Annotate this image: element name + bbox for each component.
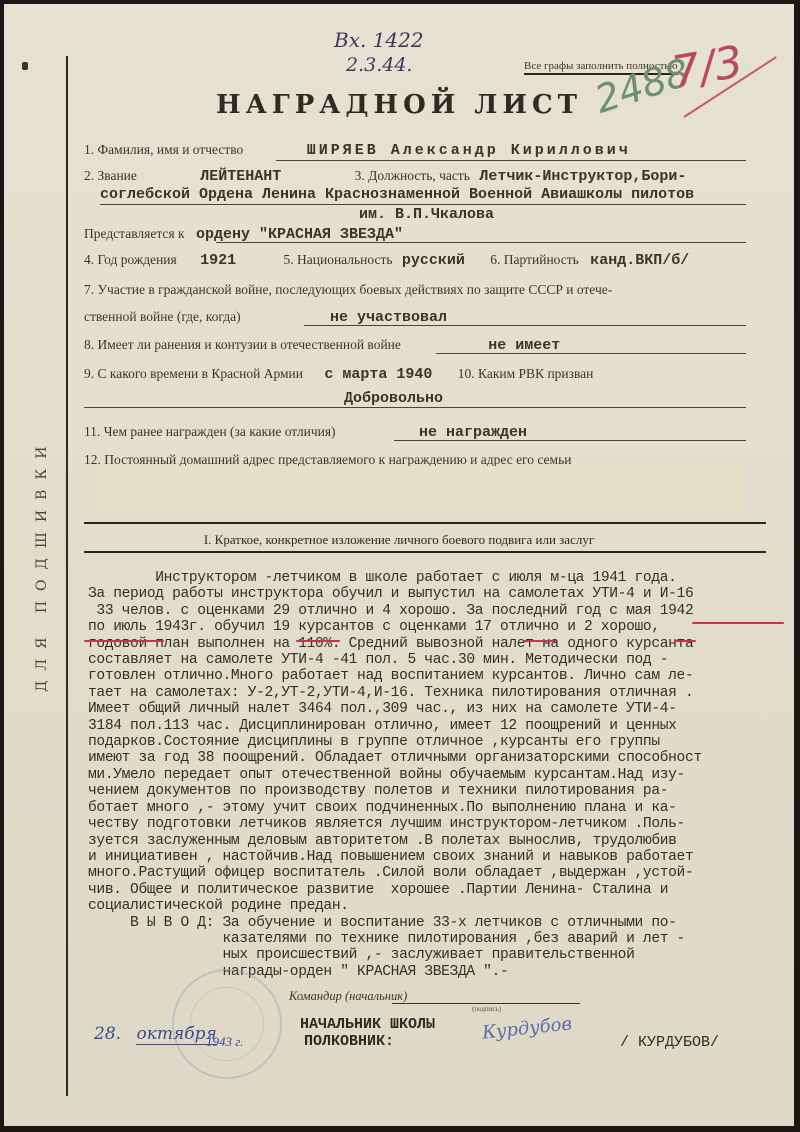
merit-line: зуется заслуженным деловым авторитетом .…: [88, 833, 788, 849]
field-6-value: канд.ВКП/б/: [590, 252, 689, 269]
merit-line: составляет на самолете УТИ-4 -41 пол. 5 …: [88, 652, 788, 668]
date-month: октября: [136, 1024, 216, 1045]
field-8: 8. Имеет ли ранения и контузии в отечест…: [84, 337, 560, 354]
field-5-label: 5. Национальность: [284, 252, 393, 267]
field-4-5-6: 4. Год рождения 1921 5. Национальность р…: [84, 252, 689, 269]
merit-line: имеют за год 38 поощрений. Обладает отли…: [88, 750, 788, 766]
field-7-value: не участвовал: [330, 309, 447, 326]
handwritten-signature: Курдубов: [481, 1013, 573, 1043]
field-9-10: 9. С какого времени в Красной Армии с ма…: [84, 366, 593, 383]
merit-line: ных происшествий ,- заслуживает правител…: [88, 947, 788, 963]
redacted-address: [94, 466, 744, 514]
field-7: ственной войне (где, когда) не участвова…: [84, 309, 447, 326]
underline: [100, 204, 746, 205]
field-3-value-line2: соглебской Ордена Ленина Краснознаменной…: [100, 186, 694, 203]
chief-title: НАЧАЛЬНИК ШКОЛЫ ПОЛКОВНИК:: [300, 1016, 435, 1050]
field-10-value: Добровольно: [344, 390, 443, 407]
field-3-value-line3: им. В.П.Чкалова: [359, 206, 494, 223]
underline: [394, 440, 746, 441]
merit-line: готовлен отлично.Много работает над восп…: [88, 668, 788, 684]
field-2-label: 2. Звание: [84, 168, 137, 183]
field-6-label: 6. Партийность: [490, 252, 579, 267]
merit-line: За период работы инструктора обучил и вы…: [88, 586, 788, 602]
red-underline: [674, 640, 696, 642]
binding-margin-label: ДЛЯ ПОДШИВКИ: [34, 424, 74, 704]
signature-line: [392, 1003, 580, 1004]
field-4-label: 4. Год рождения: [84, 252, 177, 267]
section-rule-top: [84, 522, 766, 524]
red-underline: [84, 640, 164, 642]
field-11-value: не награжден: [419, 424, 527, 441]
field-1: 1. Фамилия, имя и отчество ШИРЯЕВ Алекса…: [84, 142, 631, 159]
field-5-value: русский: [402, 252, 465, 269]
merit-line: В Ы В О Д: За обучение и воспитание 33-х…: [88, 915, 788, 931]
underline: [276, 160, 746, 161]
chief-line1: НАЧАЛЬНИК ШКОЛЫ: [300, 1016, 435, 1033]
date-handwritten: 28. октября: [94, 1024, 217, 1044]
commander-label: Командир (начальник): [289, 989, 407, 1004]
inbox-number: Вх. 1422: [334, 28, 424, 52]
field-9-label: 9. С какого времени в Красной Армии: [84, 366, 303, 381]
page-title: НАГРАДНОЙ ЛИСТ: [4, 90, 794, 120]
field-3-value-line1: Летчик-Инструктор,Бори-: [479, 168, 686, 185]
merit-line: честву подготовки летчиков является лучш…: [88, 816, 788, 832]
merit-line: награды-орден " КРАСНАЯ ЗВЕЗДА ".-: [88, 964, 788, 980]
field-2-value: ЛЕЙТЕНАНТ: [200, 168, 281, 185]
section-rule-bottom: [84, 551, 766, 553]
merit-line: много.Растущий офицер воспитатель .Силой…: [88, 865, 788, 881]
field-8-label: 8. Имеет ли ранения и контузии в отечест…: [84, 337, 401, 352]
merit-line: 33 челов. с оценками 29 отлично и 4 хоро…: [88, 603, 788, 619]
field-4-value: 1921: [200, 252, 236, 269]
field-9-value: с марта 1940: [324, 366, 432, 383]
field-3-label: 3. Должность, часть: [355, 168, 470, 183]
punch-hole: [22, 62, 28, 70]
field-11-label: 11. Чем ранее награжден (за какие отличи…: [84, 424, 336, 439]
field-8-value: не имеет: [488, 337, 560, 354]
merit-line: и инициативен , настойчив.Над повышением…: [88, 849, 788, 865]
underline: [304, 325, 746, 326]
date-year: 1943 г.: [206, 1034, 243, 1050]
award-sheet-page: ДЛЯ ПОДШИВКИ Вх. 1422 2.3.44. Все графы …: [4, 4, 794, 1126]
date-day: 28.: [94, 1024, 121, 1044]
field-2-3: 2. Звание ЛЕЙТЕНАНТ 3. Должность, часть …: [84, 168, 686, 185]
field-10-label: 10. Каким РВК призван: [458, 366, 594, 381]
field-11: 11. Чем ранее награжден (за какие отличи…: [84, 424, 527, 441]
red-underline: [524, 640, 556, 642]
merit-line: казателями по технике пилотирования ,без…: [88, 931, 788, 947]
field-7-label-line1: 7. Участие в гражданской войне, последую…: [84, 282, 612, 298]
underline: [216, 242, 746, 243]
merit-line: годовой план выполнен на 110%. Средний в…: [88, 636, 788, 652]
chief-line2: ПОЛКОВНИК:: [300, 1033, 435, 1050]
red-underline: [296, 640, 340, 642]
merit-description: Инструктором -летчиком в школе работает …: [88, 570, 788, 980]
field-1-label: 1. Фамилия, имя и отчество: [84, 142, 243, 157]
merit-line: чив. Общее и политическое развитие хорош…: [88, 882, 788, 898]
merit-line: Инструктором -летчиком в школе работает …: [88, 570, 788, 586]
merit-line: по июль 1943г. обучил 19 курсантов с оце…: [88, 619, 788, 635]
underline: [436, 353, 746, 354]
merit-line: Имеет общий личный налет 3464 пол.,309 ч…: [88, 701, 788, 717]
nominated-label: Представляется к: [84, 226, 185, 241]
red-underline: [692, 622, 784, 624]
merit-line: ми.Умело передает опыт отечественной вой…: [88, 767, 788, 783]
merit-line: чением документов по производству полето…: [88, 783, 788, 799]
merit-line: 3184 пол.113 час. Дисциплинирован отличн…: [88, 718, 788, 734]
merit-line: тает на самолетах: У-2,УТ-2,УТИ-4,И-16. …: [88, 685, 788, 701]
merit-line: ботает много ,- этому учит своих подчине…: [88, 800, 788, 816]
merit-line: социалистической родине предан.: [88, 898, 788, 914]
merit-line: подарков.Состояние дисциплины в группе о…: [88, 734, 788, 750]
inbox-date: 2.3.44.: [346, 54, 412, 76]
nominated-row: Представляется к ордену "КРАСНАЯ ЗВЕЗДА": [84, 226, 403, 243]
signatory-surname: / КУРДУБОВ/: [620, 1034, 719, 1051]
field-7-label-line2: ственной войне (где, когда): [84, 309, 241, 324]
field-1-value: ШИРЯЕВ Александр Кириллович: [307, 142, 631, 159]
signature-caption: (подпись): [472, 1005, 501, 1013]
underline: [84, 407, 746, 408]
nominated-value: ордену "КРАСНАЯ ЗВЕЗДА": [196, 226, 403, 243]
section-heading: I. Краткое, конкретное изложение личного…: [4, 532, 794, 548]
